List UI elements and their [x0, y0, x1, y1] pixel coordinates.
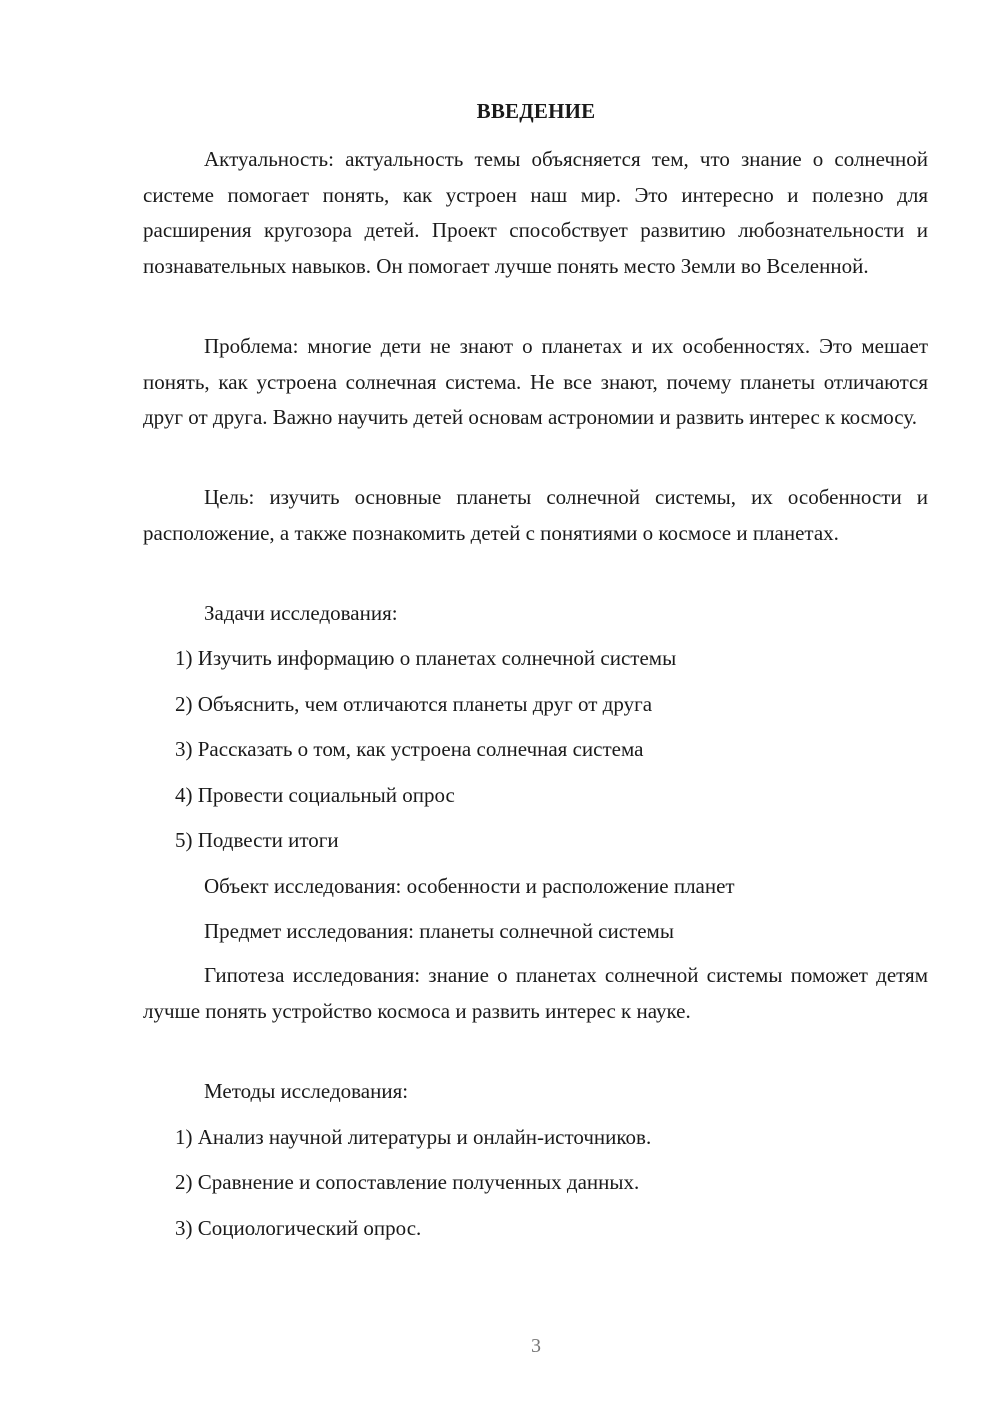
methods-title: Методы исследования:: [143, 1076, 928, 1106]
problem-paragraph: Проблема: многие дети не знают о планета…: [143, 329, 928, 436]
task-item: 2) Объяснить, чем отличаются планеты дру…: [143, 689, 928, 719]
method-item: 1) Анализ научной литературы и онлайн-ис…: [143, 1122, 928, 1152]
research-object: Объект исследования: особенности и распо…: [143, 871, 928, 901]
research-subject: Предмет исследования: планеты солнечной …: [143, 916, 928, 946]
task-item: 1) Изучить информацию о планетах солнечн…: [143, 643, 928, 673]
method-item: 2) Сравнение и сопоставление полученных …: [143, 1167, 928, 1197]
task-item: 3) Рассказать о том, как устроена солнеч…: [143, 734, 928, 764]
page-number: 3: [0, 1332, 1000, 1360]
method-item: 3) Социологический опрос.: [143, 1213, 928, 1243]
section-heading: ВВЕДЕНИЕ: [0, 96, 1000, 126]
task-item: 5) Подвести итоги: [143, 825, 928, 855]
goal-paragraph: Цель: изучить основные планеты солнечной…: [143, 480, 928, 551]
relevance-paragraph: Актуальность: актуальность темы объясняе…: [143, 142, 928, 284]
task-item: 4) Провести социальный опрос: [143, 780, 928, 810]
document-page: ВВЕДЕНИЕ Актуальность: актуальность темы…: [0, 0, 1000, 1414]
hypothesis-paragraph: Гипотеза исследования: знание о планетах…: [143, 958, 928, 1029]
tasks-title: Задачи исследования:: [143, 598, 928, 628]
